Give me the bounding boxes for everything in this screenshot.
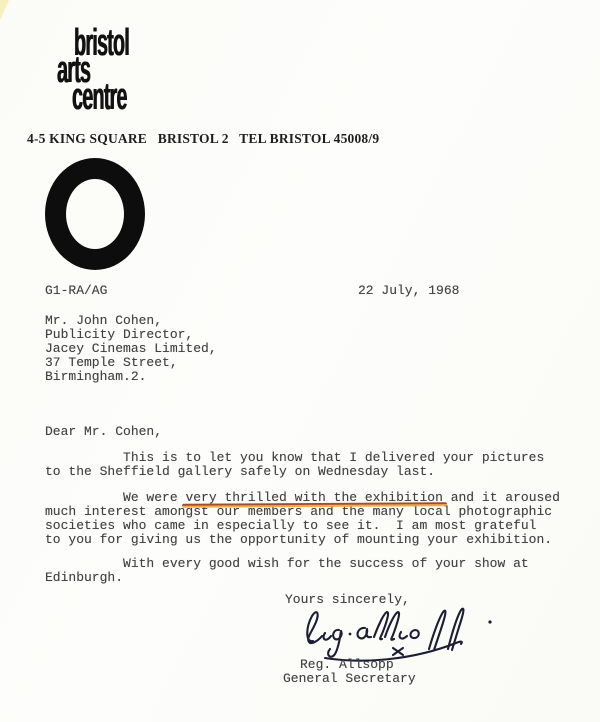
paragraph-2-rest: much interest amongst our members and th… [45, 504, 552, 547]
letterhead-logo: bristol arts centre [0, 30, 180, 111]
signature-ink-icon [293, 605, 500, 665]
body-paragraph-2: We were very thrilled with the exhibitio… [45, 491, 560, 547]
body-paragraph-1: This is to let you know that I delivered… [45, 451, 544, 479]
letter-date: 22 July, 1968 [358, 284, 459, 298]
recipient-address: Mr. John Cohen, Publicity Director, Jace… [45, 314, 217, 384]
logo-line-centre: centre [72, 84, 127, 111]
signature-handwritten [293, 605, 500, 665]
typed-signatory-name: Reg. Allsopp [300, 658, 394, 672]
paragraph-2-suffix: and it aroused [443, 490, 560, 505]
typed-signatory-title: General Secretary [283, 672, 416, 686]
letter-page: bristol arts centre 4-5 KING SQUARE BRIS… [0, 0, 600, 722]
underlined-phrase: very thrilled with the exhibition [185, 490, 442, 505]
reference-code: G1-RA/AG [45, 284, 107, 298]
letterhead-address-line: 4-5 KING SQUARE BRISTOL 2 TEL BRISTOL 45… [27, 131, 379, 147]
body-paragraph-3: With every good wish for the success of … [45, 557, 529, 585]
scan-corner-artifact [0, 0, 9, 20]
salutation: Dear Mr. Cohen, [45, 425, 162, 439]
circle-logo-mark [45, 158, 145, 270]
paragraph-2-prefix: We were [45, 490, 185, 505]
